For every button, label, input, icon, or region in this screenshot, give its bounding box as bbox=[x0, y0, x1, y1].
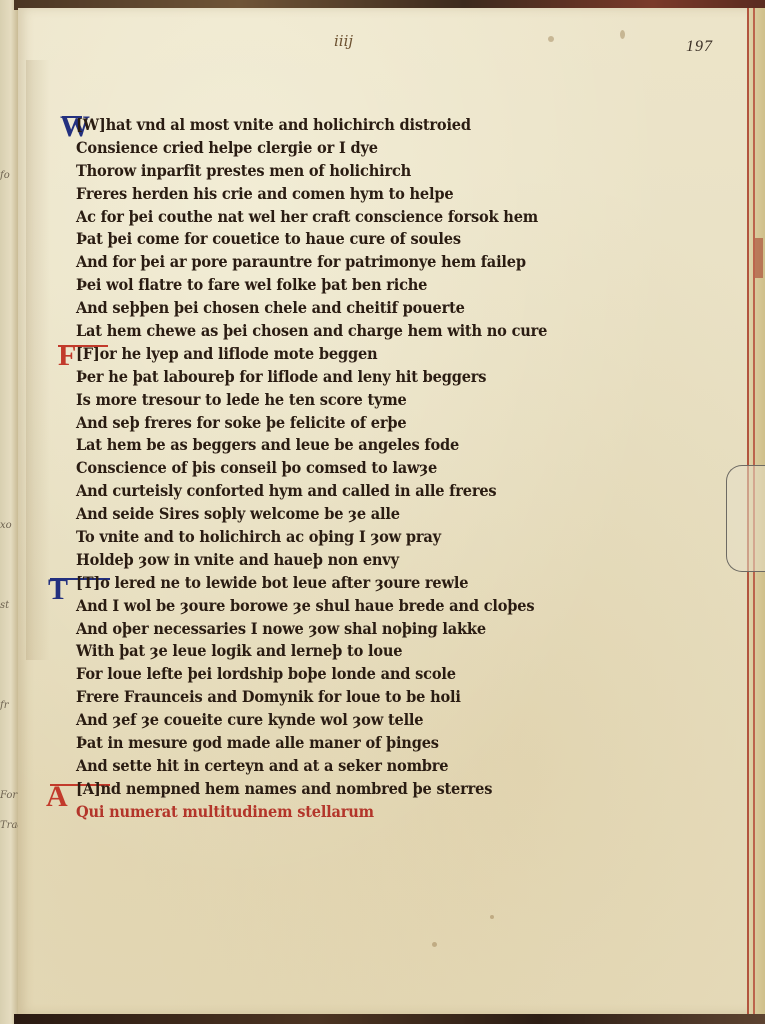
facing-page-edge: fo xo st fr For Trada bbox=[0, 0, 19, 1024]
text-line: Ac for þei couthe nat wel her craft cons… bbox=[76, 206, 602, 229]
text-line: Lat hem chewe as þei chosen and charge h… bbox=[76, 320, 602, 343]
text-line: [F]or he lyep and liflode mote beggen bbox=[76, 343, 602, 366]
text-line: Is more tresour to lede he ten score tym… bbox=[76, 389, 602, 412]
stain bbox=[620, 30, 625, 39]
main-text-column: [W]hat vnd al most vnite and holichirch … bbox=[76, 114, 636, 824]
text-line: And seide Sires soþly welcome be ȝe alle bbox=[76, 503, 602, 526]
initial-red-a: A bbox=[46, 782, 68, 812]
text-line: Thorow inparfit prestes men of holichirc… bbox=[76, 160, 602, 183]
text-line: And I wol be ȝoure borowe ȝe shul haue b… bbox=[76, 595, 602, 618]
text-line: And seþþen þei chosen chele and cheitif … bbox=[76, 297, 602, 320]
text-line: Freres herden his crie and comen hym to … bbox=[76, 183, 602, 206]
page-tab-marker[interactable] bbox=[726, 465, 765, 572]
margin-fragment: fr bbox=[0, 700, 18, 712]
text-line: Þat in mesure god made alle maner of þin… bbox=[76, 732, 602, 755]
stain bbox=[432, 942, 437, 947]
red-edge-stain bbox=[755, 238, 763, 278]
text-line: Þat þei come for couetice to haue cure o… bbox=[76, 228, 602, 251]
text-line: And seþ freres for soke þe felicite of e… bbox=[76, 412, 602, 435]
text-line: Holdeþ ȝow in vnite and haueþ non envy bbox=[76, 549, 602, 572]
text-line: Þer he þat laboureþ for liflode and leny… bbox=[76, 366, 602, 389]
margin-fragment: fo bbox=[0, 170, 18, 182]
rubric-line: Qui numerat multitudinem stellarum bbox=[76, 801, 602, 824]
stain bbox=[548, 36, 554, 42]
text-line: [T]o lered ne to lewide bot leue after ȝ… bbox=[76, 572, 602, 595]
text-line: Conscience of þis conseil þo comsed to l… bbox=[76, 457, 602, 480]
text-line: Consience cried helpe clergie or I dye bbox=[76, 137, 602, 160]
text-line: Þei wol flatre to fare wel folke þat ben… bbox=[76, 274, 602, 297]
text-line: For loue lefte þei lordship boþe londe a… bbox=[76, 663, 602, 686]
folio-number: 197 bbox=[686, 38, 713, 56]
text-line: And curteisly conforted hym and called i… bbox=[76, 480, 602, 503]
margin-fragment: xo bbox=[0, 520, 18, 532]
text-line: Frere Fraunceis and Domynik for loue to … bbox=[76, 686, 602, 709]
text-line: And for þei ar pore parauntre for patrim… bbox=[76, 251, 602, 274]
quire-signature: iiij bbox=[334, 32, 353, 50]
text-line: Lat hem be as beggers and leue be angele… bbox=[76, 434, 602, 457]
text-line: And ȝef ȝe coueite cure kynde wol ȝow te… bbox=[76, 709, 602, 732]
margin-fragment: For bbox=[0, 790, 18, 802]
stain bbox=[490, 915, 494, 919]
margin-fragment: Trada bbox=[0, 820, 18, 832]
text-line: And oþer necessaries I nowe ȝow shal noþ… bbox=[76, 618, 602, 641]
text-line: [A]nd nempned hem names and nombred þe s… bbox=[76, 778, 602, 801]
text-line: And sette hit in certeyn and at a seker … bbox=[76, 755, 602, 778]
text-line: [W]hat vnd al most vnite and holichirch … bbox=[76, 114, 602, 137]
margin-fragment: st bbox=[0, 600, 18, 612]
binding-bottom-edge bbox=[14, 1014, 765, 1024]
text-line: With þat ȝe leue logik and lerneþ to lou… bbox=[76, 640, 602, 663]
text-line: To vnite and to holichirch ac oþing I ȝo… bbox=[76, 526, 602, 549]
